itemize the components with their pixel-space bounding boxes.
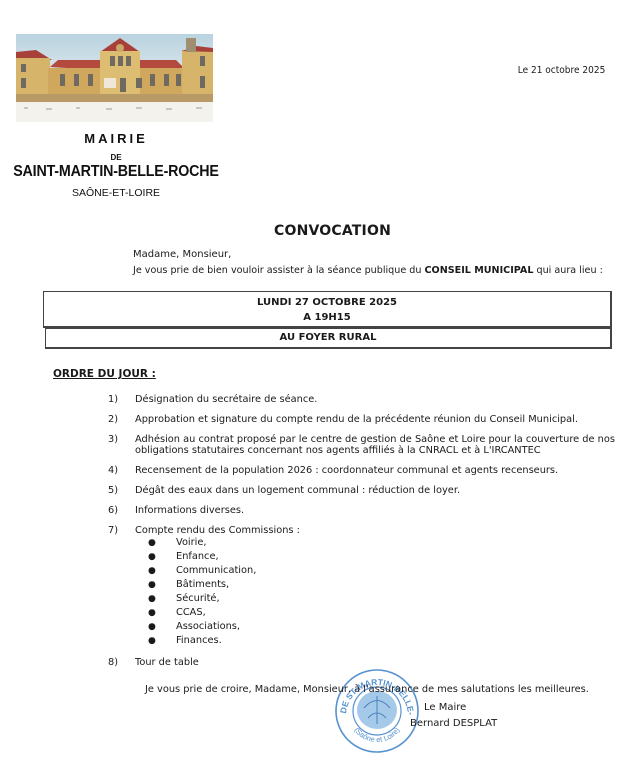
bullet-icon: ● [148, 536, 176, 550]
bullet-icon: ● [148, 564, 176, 578]
agenda-item: 2) Approbation et signature du compte re… [108, 414, 628, 425]
bullet-icon: ● [148, 620, 176, 634]
commission-label: Sécurité, [176, 592, 220, 606]
agenda-item-text: Recensement de la population 2026 : coor… [135, 465, 628, 476]
official-stamp: MAIRIE DE ST-MARTIN-BELLE-ROCHE (Saône e… [334, 668, 420, 754]
commission-item: ●Voirie, [148, 536, 628, 550]
commission-item: ●Finances. [148, 634, 628, 648]
mairie-de: DE [0, 153, 232, 162]
agenda-item-number: 6) [108, 505, 135, 516]
bullet-icon: ● [148, 578, 176, 592]
bullet-icon: ● [148, 606, 176, 620]
agenda-item-number: 8) [108, 657, 135, 668]
meeting-time: A 19H15 [44, 310, 610, 325]
agenda-item-number: 3) [108, 434, 135, 456]
agenda-item: 5) Dégât des eaux dans un logement commu… [108, 485, 628, 496]
meeting-day: LUNDI 27 OCTOBRE 2025 [44, 295, 610, 310]
document-title: CONVOCATION [0, 223, 635, 239]
department-name: SAÔNE-ET-LOIRE [0, 187, 232, 199]
commission-item: ●Sécurité, [148, 592, 628, 606]
agenda-item-number: 7) [108, 525, 135, 536]
agenda-item-text: Compte rendu des Commissions : [135, 525, 628, 536]
commission-item: ●Associations, [148, 620, 628, 634]
meeting-place-box: AU FOYER RURAL [45, 328, 612, 349]
closing-formula: Je vous prie de croire, Madame, Monsieur… [145, 684, 589, 695]
agenda-item-text: Tour de table [135, 657, 628, 668]
agenda-item-number: 5) [108, 485, 135, 496]
intro-text-before: Je vous prie de bien vouloir assister à … [133, 265, 425, 276]
commission-item: ●CCAS, [148, 606, 628, 620]
agenda-item-number: 2) [108, 414, 135, 425]
commission-label: Bâtiments, [176, 578, 229, 592]
agenda-heading: ORDRE DU JOUR : [53, 368, 156, 380]
commission-item: ●Bâtiments, [148, 578, 628, 592]
commission-item: ●Enfance, [148, 550, 628, 564]
agenda-item: 3) Adhésion au contrat proposé par le ce… [108, 434, 628, 456]
agenda-item: 1) Désignation du secrétaire de séance. [108, 394, 628, 405]
agenda-item-number: 1) [108, 394, 135, 405]
agenda-item: 8) Tour de table [108, 657, 628, 668]
commission-label: Associations, [176, 620, 240, 634]
agenda-item: 7) Compte rendu des Commissions : [108, 525, 628, 536]
bullet-icon: ● [148, 592, 176, 606]
agenda-item: 4) Recensement de la population 2026 : c… [108, 465, 628, 476]
agenda-item-text: Approbation et signature du compte rendu… [135, 414, 628, 425]
agenda-item-text: Informations diverses. [135, 505, 628, 516]
mairie-heading: MAIRIE [0, 131, 232, 146]
commission-item: ●Communication, [148, 564, 628, 578]
commission-label: CCAS, [176, 606, 206, 620]
commune-name: SAINT-MARTIN-BELLE-ROCHE [9, 163, 222, 181]
agenda-item: 6) Informations diverses. [108, 505, 628, 516]
signatory-role: Le Maire [424, 702, 466, 713]
salutation: Madame, Monsieur, [133, 249, 231, 260]
commission-label: Communication, [176, 564, 256, 578]
bullet-icon: ● [148, 550, 176, 564]
meeting-place: AU FOYER RURAL [280, 332, 377, 343]
agenda-item-number: 4) [108, 465, 135, 476]
meeting-datetime-box: LUNDI 27 OCTOBRE 2025 A 19H15 [43, 291, 612, 328]
town-hall-illustration [16, 34, 213, 122]
agenda-item-text: Désignation du secrétaire de séance. [135, 394, 628, 405]
letter-date: Le 21 octobre 2025 [517, 65, 605, 76]
bullet-icon: ● [148, 634, 176, 648]
signatory-name: Bernard DESPLAT [410, 718, 497, 729]
agenda-list: 1) Désignation du secrétaire de séance. … [108, 394, 628, 668]
intro-paragraph: Je vous prie de bien vouloir assister à … [133, 265, 603, 276]
intro-text-after: qui aura lieu : [533, 265, 602, 276]
commission-label: Enfance, [176, 550, 219, 564]
commissions-list: ●Voirie, ●Enfance, ●Communication, ●Bâti… [148, 536, 628, 648]
agenda-item-text: Adhésion au contrat proposé par le centr… [135, 434, 628, 456]
commission-label: Finances. [176, 634, 222, 648]
intro-council: CONSEIL MUNICIPAL [425, 265, 534, 276]
commission-label: Voirie, [176, 536, 207, 550]
agenda-item-text: Dégât des eaux dans un logement communal… [135, 485, 628, 496]
